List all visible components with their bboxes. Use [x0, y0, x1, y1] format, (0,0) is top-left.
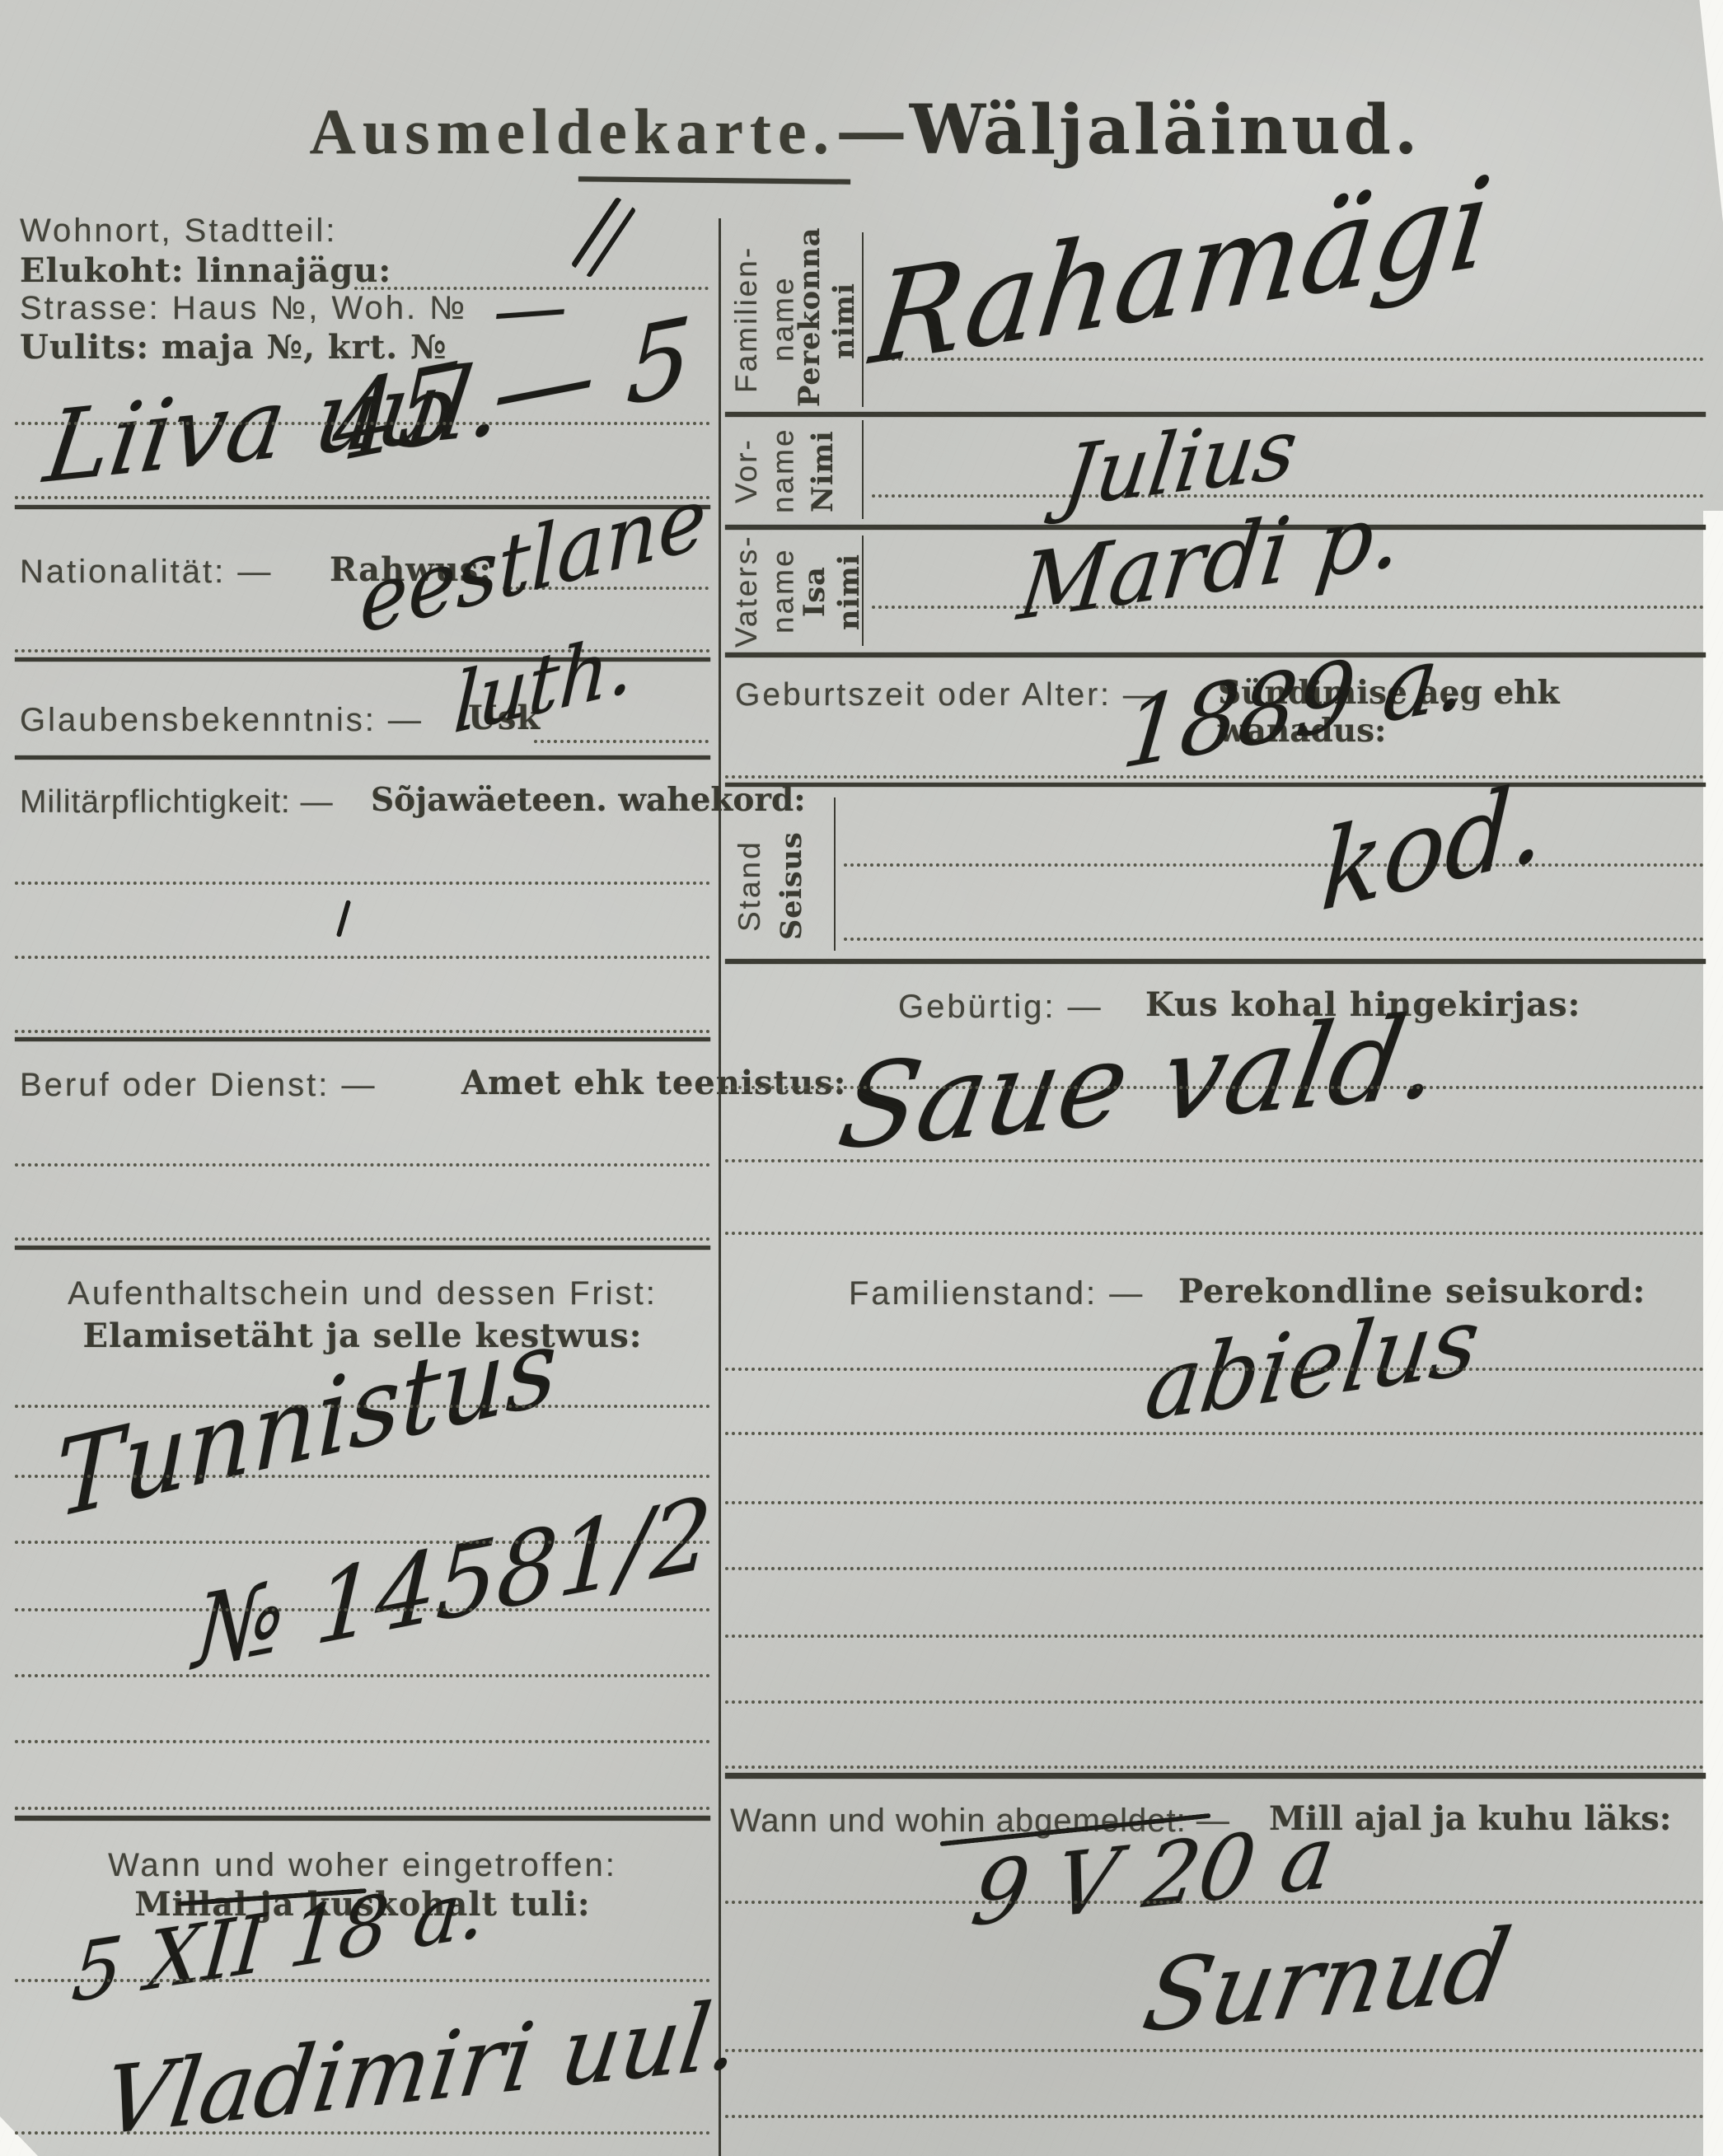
dotted-line	[725, 775, 1704, 779]
scan-edge-right	[1703, 511, 1723, 2156]
pen-stroke-slash	[571, 196, 637, 278]
dotted-line	[725, 1567, 1704, 1570]
section-divider	[15, 1816, 710, 1821]
permit-label-de: Aufenthaltschein und dessen Frist:	[15, 1275, 710, 1312]
birth-label-de: Geburtszeit oder Alter: —	[735, 677, 1158, 713]
religion-label-de: Glaubensbekenntnis: —	[20, 702, 424, 739]
occupation-label-et: Amet ehk teenistus:	[461, 1064, 846, 1102]
dotted-line	[844, 938, 1704, 941]
page-title: Ausmeldekarte. — Wäljaläinud.	[198, 91, 1533, 170]
arrival-label-de: Wann und woher eingetroffen:	[15, 1847, 710, 1884]
dotted-line	[15, 1163, 710, 1167]
dotted-line	[15, 1979, 710, 1982]
handwriting-marital: abielus	[1140, 1293, 1485, 1435]
section-divider	[725, 783, 1706, 787]
fathers-name-label-et: Isa nimi	[798, 537, 862, 646]
title-german: Ausmeldekarte.	[310, 96, 836, 167]
status-label-de: Stand	[732, 824, 771, 947]
dotted-line	[15, 1740, 710, 1743]
handwriting-departure-note: Surnud	[1136, 1915, 1518, 2046]
dotted-line	[15, 1674, 710, 1677]
dotted-line	[725, 2115, 1704, 2118]
dotted-line	[725, 1700, 1704, 1704]
dotted-line	[725, 1368, 1704, 1371]
dotted-line	[725, 1432, 1704, 1435]
title-estonian: Wäljaläinud.	[910, 91, 1421, 170]
dotted-line	[15, 1405, 710, 1408]
dotted-line	[872, 606, 1704, 609]
handwriting-religion: luth.	[452, 622, 635, 746]
dotted-line	[844, 863, 1704, 867]
address-label-elukoht: Elukoht: linnajägu:	[20, 251, 391, 290]
address-label-strasse: Strasse: Haus №, Woh. №	[20, 290, 467, 327]
dotted-line	[15, 882, 710, 885]
dotted-line	[725, 1635, 1704, 1638]
handwriting-family-name: Rahamägi	[865, 159, 1497, 382]
section-divider	[725, 1773, 1706, 1779]
scan-edge-top-right	[1616, 0, 1723, 222]
nationality-label-de: Nationalität: —	[20, 554, 273, 591]
dotted-line	[15, 1807, 710, 1810]
pen-stroke-tick	[336, 900, 351, 938]
dotted-line	[15, 1237, 710, 1241]
dotted-line	[15, 1475, 710, 1478]
label-divider	[862, 535, 864, 646]
first-name-label-et: Nimi	[806, 423, 845, 519]
dotted-line	[725, 1765, 1704, 1769]
section-divider	[725, 652, 1706, 657]
dotted-line	[725, 1232, 1704, 1235]
fathers-name-label-de: Vaters- name	[728, 534, 808, 648]
military-label-de: Militärpflichtigkeit: —	[20, 784, 334, 821]
marital-label-de: Familienstand: —	[849, 1275, 1145, 1312]
status-label-et: Seisus	[775, 821, 816, 951]
section-divider	[725, 959, 1706, 964]
occupation-label-de: Beruf oder Dienst: —	[20, 1067, 377, 1104]
dotted-line	[725, 1159, 1704, 1162]
section-divider	[15, 1246, 710, 1250]
label-divider	[834, 797, 836, 951]
handwriting-arrival-place: Vladimiri uul.	[98, 1988, 745, 2149]
dotted-line	[534, 740, 709, 743]
dotted-line	[15, 1030, 710, 1033]
handwriting-status: kod.	[1318, 767, 1547, 928]
label-divider	[862, 420, 864, 519]
title-dash: —	[839, 95, 906, 167]
origin-label-de: Gebürtig: —	[898, 989, 1103, 1026]
dotted-line	[15, 422, 710, 425]
label-divider	[862, 232, 864, 407]
address-label-wohnort: Wohnort, Stadtteil:	[20, 213, 337, 250]
first-name-label-de: Vor- name	[728, 420, 808, 521]
section-divider	[15, 755, 710, 760]
title-underline	[578, 176, 850, 184]
dotted-line	[15, 956, 710, 959]
dotted-line	[725, 1086, 1704, 1089]
registration-card: Ausmeldekarte. — Wäljaläinud. Wohnort, S…	[0, 0, 1723, 2156]
dotted-line	[15, 1541, 710, 1544]
handwriting-birth: 1889 a.	[1118, 627, 1472, 783]
handwriting-nationality: eestlane	[359, 475, 706, 648]
family-name-label-et: Perekonna nimi	[793, 234, 862, 407]
dotted-line	[725, 1901, 1704, 1904]
dotted-line	[725, 1501, 1704, 1504]
column-divider	[719, 218, 721, 2156]
dotted-line	[15, 1608, 710, 1611]
section-divider	[15, 1037, 710, 1041]
dotted-line	[725, 2049, 1704, 2052]
handwriting-permit-line2: № 14581/2	[192, 1482, 714, 1682]
